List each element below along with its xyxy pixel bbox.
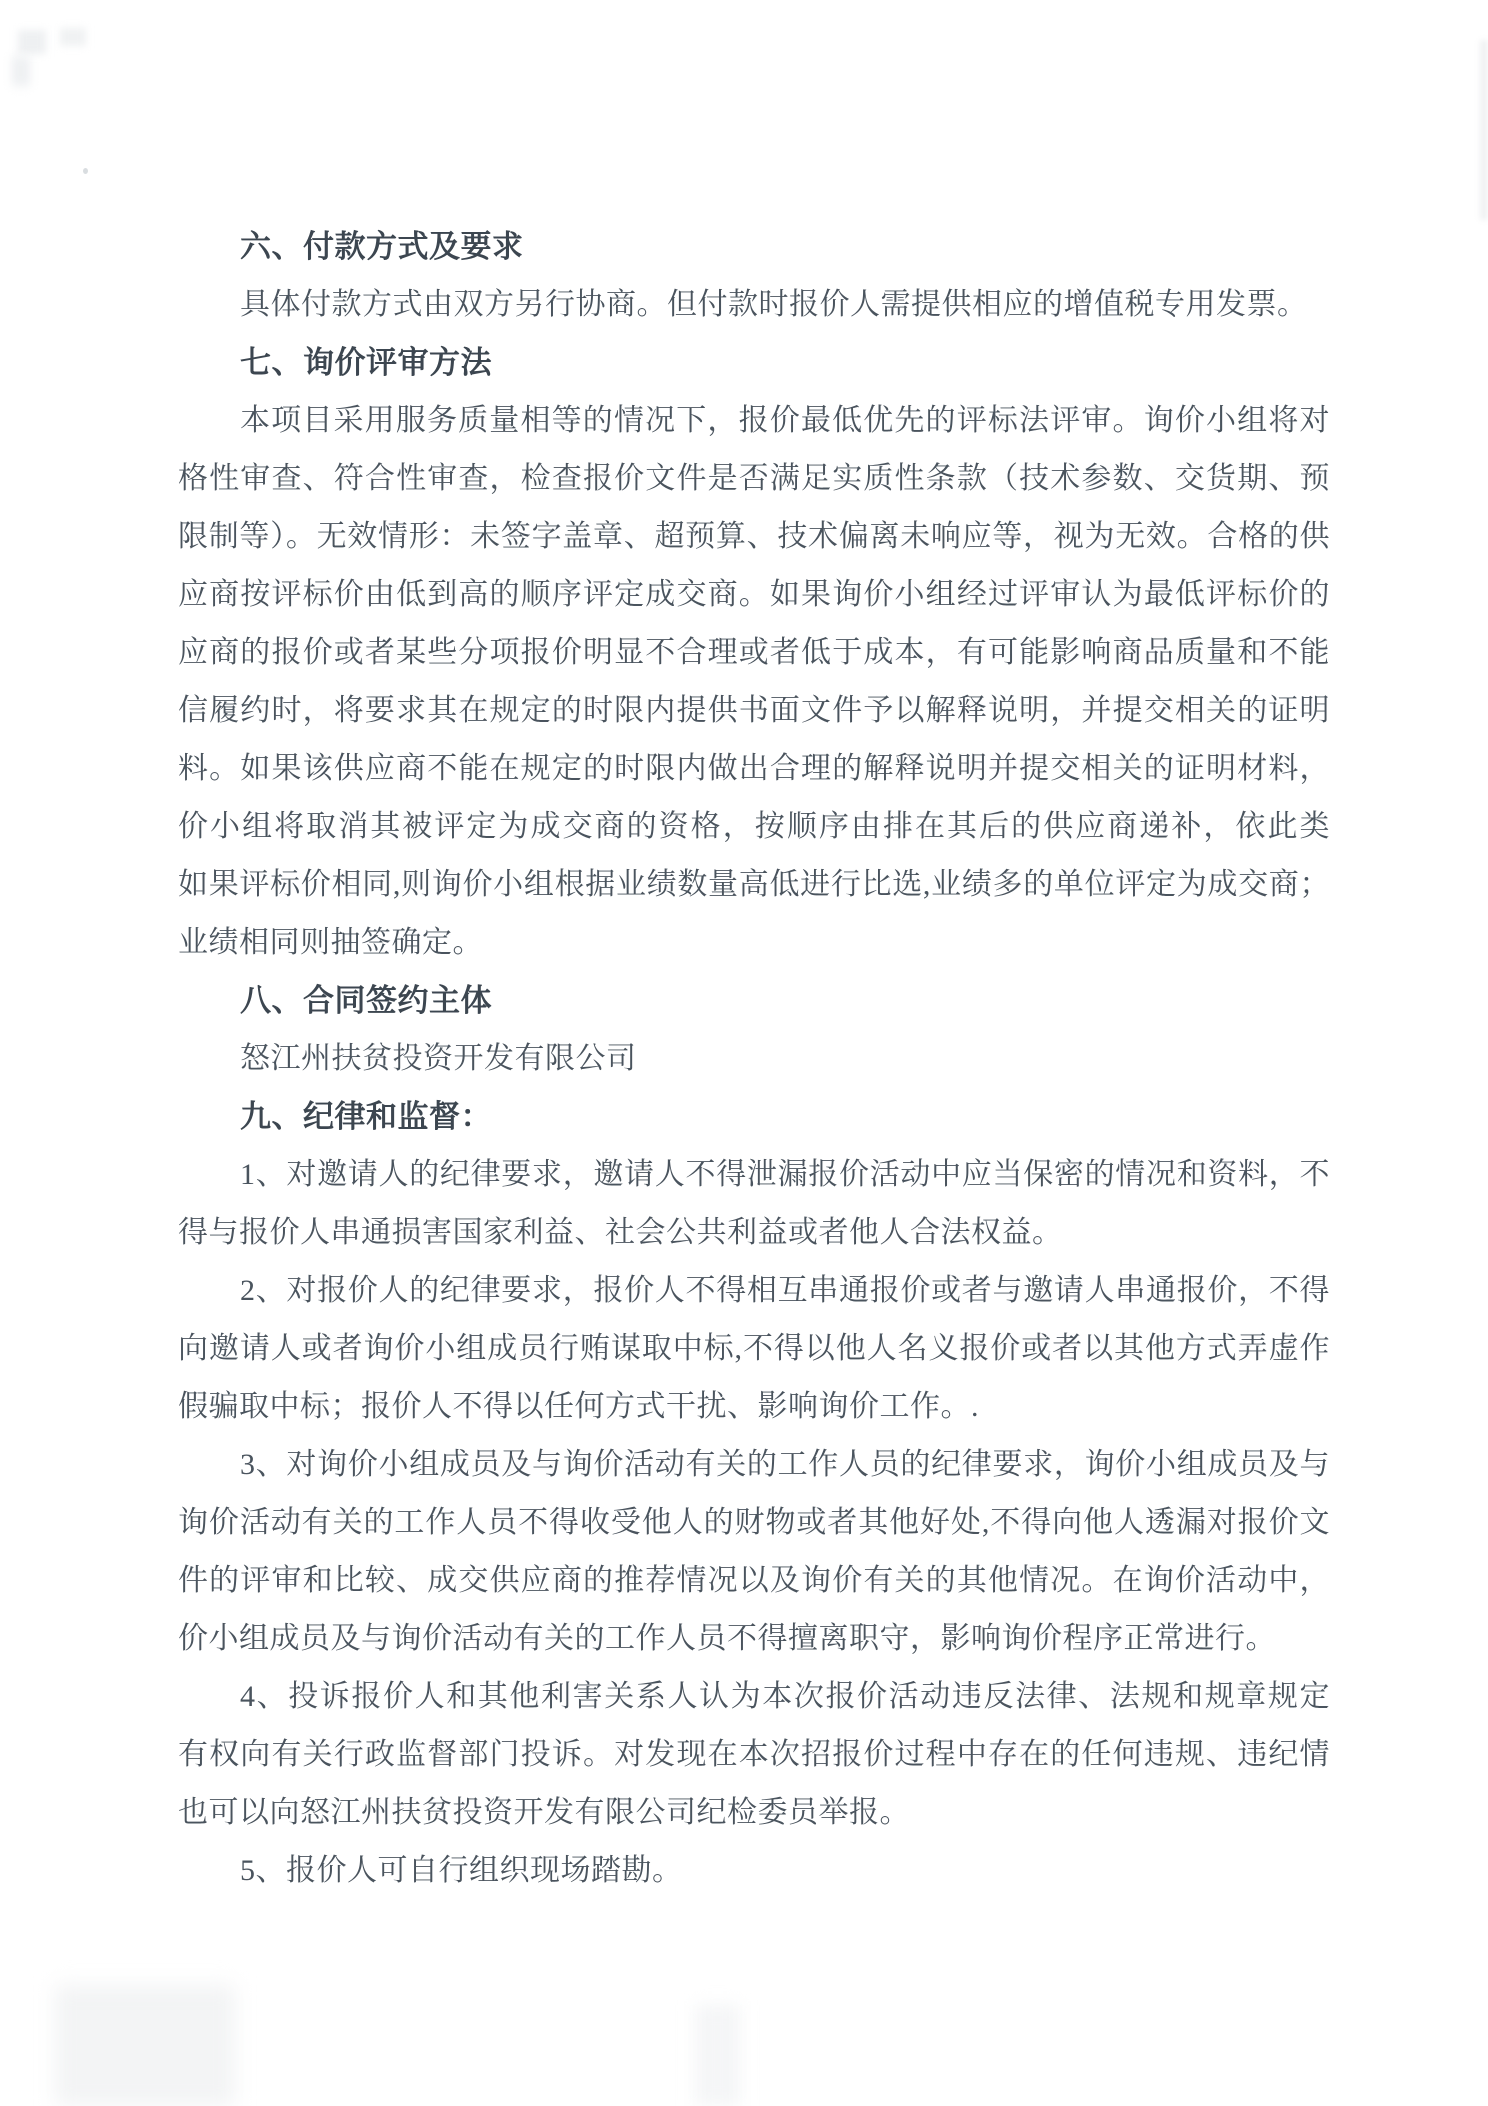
scan-artifact bbox=[60, 28, 86, 46]
text-line: 得与报价人串通损害国家利益、社会公共利益或者他人合法权益。 bbox=[178, 1204, 1330, 1262]
document-page: 六、付款方式及要求 具体付款方式由双方另行协商。但付款时报价人需提供相应的增值税… bbox=[0, 0, 1488, 2106]
text-line: 2、对报价人的纪律要求，报价人不得相互串通报价或者与邀请人串通报价，不得 bbox=[178, 1262, 1330, 1320]
scan-artifact bbox=[55, 1985, 235, 2106]
text-line: 询价活动有关的工作人员不得收受他人的财物或者其他好处,不得向他人透漏对报价文 bbox=[178, 1494, 1330, 1552]
text-line: 本项目采用服务质量相等的情况下，报价最低优先的评标法评审。询价小组将对资 bbox=[178, 392, 1330, 450]
scan-artifact bbox=[12, 56, 30, 86]
text-line: 价小组成员及与询价活动有关的工作人员不得擅离职守，影响询价程序正常进行。 bbox=[178, 1610, 1330, 1668]
text-line: 有权向有关行政监督部门投诉。对发现在本次招报价过程中存在的任何违规、违纪情况 bbox=[178, 1726, 1330, 1784]
text-line: 1、对邀请人的纪律要求，邀请人不得泄漏报价活动中应当保密的情况和资料，不 bbox=[178, 1146, 1330, 1204]
scan-speck bbox=[83, 168, 88, 174]
text-line: 料。如果该供应商不能在规定的时限内做出合理的解释说明并提交相关的证明材料，询 bbox=[178, 740, 1330, 798]
section-heading-9: 九、纪律和监督： bbox=[178, 1088, 1330, 1146]
text-line: 信履约时，将要求其在规定的时限内提供书面文件予以解释说明，并提交相关的证明材 bbox=[178, 682, 1330, 740]
scan-artifact bbox=[695, 2005, 740, 2106]
section-heading-8: 八、合同签约主体 bbox=[178, 972, 1330, 1030]
text-line: 怒江州扶贫投资开发有限公司 bbox=[178, 1030, 1330, 1088]
text-line: 3、对询价小组成员及与询价活动有关的工作人员的纪律要求，询价小组成员及与 bbox=[178, 1436, 1330, 1494]
text-line: 5、报价人可自行组织现场踏勘。 bbox=[178, 1842, 1330, 1900]
text-line: 应商的报价或者某些分项报价明显不合理或者低于成本，有可能影响商品质量和不能诚 bbox=[178, 624, 1330, 682]
document-content: 六、付款方式及要求 具体付款方式由双方另行协商。但付款时报价人需提供相应的增值税… bbox=[178, 218, 1330, 1900]
text-line: 如果评标价相同,则询价小组根据业绩数量高低进行比选,业绩多的单位评定为成交商； bbox=[178, 856, 1330, 914]
text-line: 应商按评标价由低到高的顺序评定成交商。如果询价小组经过评审认为最低评标价的供 bbox=[178, 566, 1330, 624]
text-line: 限制等）。无效情形：未签字盖章、超预算、技术偏离未响应等，视为无效。合格的供 bbox=[178, 508, 1330, 566]
text-line: 假骗取中标；报价人不得以任何方式干扰、影响询价工作。. bbox=[178, 1378, 1330, 1436]
scan-artifact bbox=[1480, 40, 1488, 220]
text-line: 4、投诉报价人和其他利害关系人认为本次报价活动违反法律、法规和规章规定的， bbox=[178, 1668, 1330, 1726]
text-line: 具体付款方式由双方另行协商。但付款时报价人需提供相应的增值税专用发票。 bbox=[178, 276, 1330, 334]
text-line: 价小组将取消其被评定为成交商的资格，按顺序由排在其后的供应商递补，依此类推。 bbox=[178, 798, 1330, 856]
scan-artifact bbox=[18, 30, 46, 54]
text-line: 向邀请人或者询价小组成员行贿谋取中标,不得以他人名义报价或者以其他方式弄虚作 bbox=[178, 1320, 1330, 1378]
text-line: 也可以向怒江州扶贫投资开发有限公司纪检委员举报。 bbox=[178, 1784, 1330, 1842]
text-line: 件的评审和比较、成交供应商的推荐情况以及询价有关的其他情况。在询价活动中，询 bbox=[178, 1552, 1330, 1610]
text-line: 业绩相同则抽签确定。 bbox=[178, 914, 1330, 972]
text-line: 格性审查、符合性审查，检查报价文件是否满足实质性条款（技术参数、交货期、预算 bbox=[178, 450, 1330, 508]
section-heading-6: 六、付款方式及要求 bbox=[178, 218, 1330, 276]
section-heading-7: 七、询价评审方法 bbox=[178, 334, 1330, 392]
